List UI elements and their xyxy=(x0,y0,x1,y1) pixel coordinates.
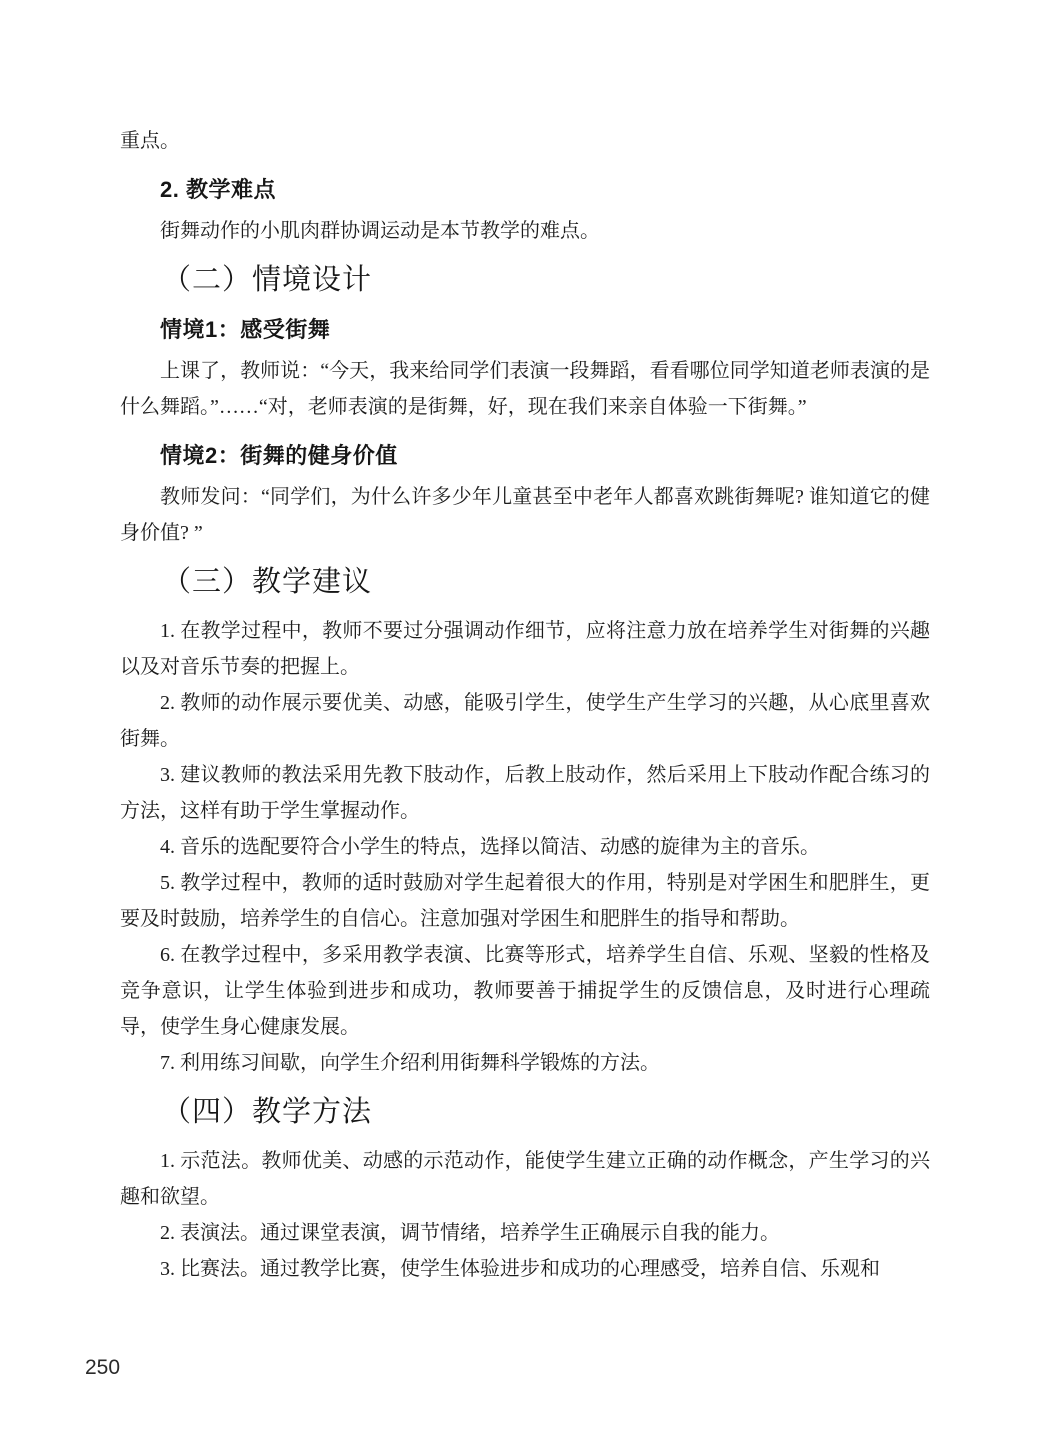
method-item-1: 1. 示范法。教师优美、动感的示范动作，能使学生建立正确的动作概念，产生学习的兴… xyxy=(120,1143,930,1215)
subheading-scenario-2: 情境2：街舞的健身价值 xyxy=(160,441,930,471)
paragraph-teaching-difficulty: 街舞动作的小肌肉群协调运动是本节教学的难点。 xyxy=(120,213,930,249)
suggestion-item-3: 3. 建议教师的教法采用先教下肢动作，后教上肢动作，然后采用上下肢动作配合练习的… xyxy=(120,757,930,829)
page-content: 重点。 2. 教学难点 街舞动作的小肌肉群协调运动是本节教学的难点。 （二）情境… xyxy=(120,123,930,1287)
paragraph-carryover: 重点。 xyxy=(120,123,930,159)
suggestion-item-1: 1. 在教学过程中，教师不要过分强调动作细节，应将注意力放在培养学生对街舞的兴趣… xyxy=(120,613,930,685)
suggestion-item-2: 2. 教师的动作展示要优美、动感，能吸引学生，使学生产生学习的兴趣，从心底里喜欢… xyxy=(120,685,930,757)
document-page: 重点。 2. 教学难点 街舞动作的小肌肉群协调运动是本节教学的难点。 （二）情境… xyxy=(0,0,1038,1452)
section-heading-teaching-methods: （四）教学方法 xyxy=(162,1093,930,1131)
suggestion-item-7: 7. 利用练习间歇，向学生介绍利用街舞科学锻炼的方法。 xyxy=(120,1045,930,1081)
paragraph-scenario-1: 上课了，教师说：“今天，我来给同学们表演一段舞蹈，看看哪位同学知道老师表演的是什… xyxy=(120,353,930,425)
section-heading-teaching-suggestions: （三）教学建议 xyxy=(162,563,930,601)
paragraph-scenario-2: 教师发问：“同学们，为什么许多少年儿童甚至中老年人都喜欢跳街舞呢? 谁知道它的健… xyxy=(120,479,930,551)
section-heading-scenario-design: （二）情境设计 xyxy=(162,261,930,299)
suggestion-item-5: 5. 教学过程中，教师的适时鼓励对学生起着很大的作用，特别是对学困生和肥胖生，更… xyxy=(120,865,930,937)
suggestion-item-4: 4. 音乐的选配要符合小学生的特点，选择以简洁、动感的旋律为主的音乐。 xyxy=(120,829,930,865)
suggestion-item-6: 6. 在教学过程中，多采用教学表演、比赛等形式，培养学生自信、乐观、坚毅的性格及… xyxy=(120,937,930,1045)
subheading-teaching-difficulty: 2. 教学难点 xyxy=(160,175,930,205)
method-item-2: 2. 表演法。通过课堂表演，调节情绪，培养学生正确展示自我的能力。 xyxy=(120,1215,930,1251)
page-number: 250 xyxy=(85,1356,120,1380)
method-item-3: 3. 比赛法。通过教学比赛，使学生体验进步和成功的心理感受，培养自信、乐观和 xyxy=(120,1251,930,1287)
subheading-scenario-1: 情境1：感受街舞 xyxy=(160,315,930,345)
